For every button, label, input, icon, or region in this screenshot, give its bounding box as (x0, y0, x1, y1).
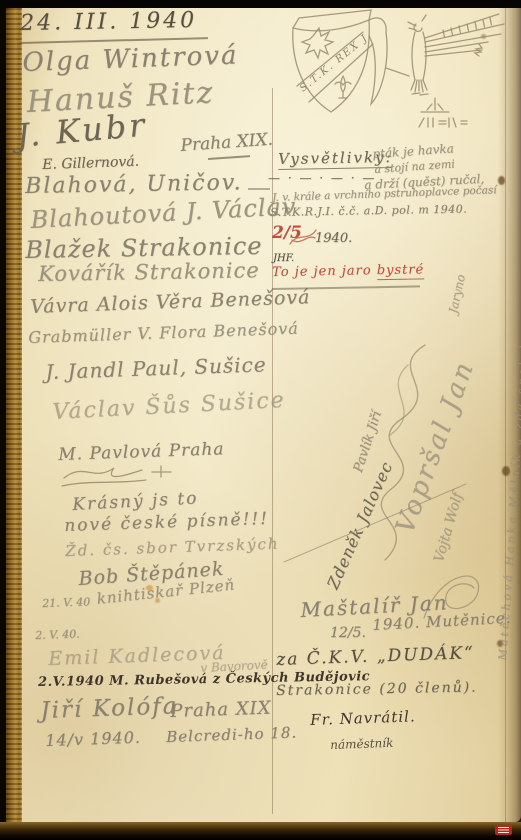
scan-bottom-border (0, 822, 521, 840)
signature-entry: Jiří Kolófa (40, 695, 179, 723)
date-note: 12/5. (330, 626, 366, 640)
red-note-underlined: bystré (377, 262, 425, 280)
address-note: Belcredi-ho 18. (166, 725, 297, 745)
red-logo-mark (495, 825, 512, 835)
date-heading: 24. III. 1940 (20, 10, 197, 35)
dash-dot-line: — · — · — · — (268, 172, 376, 184)
red-logo-lines (498, 827, 509, 833)
scan-left-border (0, 0, 6, 840)
year-note: 1940. (315, 232, 352, 245)
signature-entry: Olga Wintrová (22, 42, 239, 76)
crest-band-text: S.T.K. REX J (298, 32, 371, 94)
crest-and-eagle-sketch: S.T.K. REX J (283, 6, 511, 136)
paper-stain (498, 176, 505, 185)
date-note: 14/v 1940. (45, 730, 141, 749)
red-note: To je jen jaro bystré (272, 263, 424, 279)
ink-title-note: náměstník (330, 737, 394, 751)
club-location-entry: Strakonice (20 členů). (276, 680, 478, 698)
red-scribble (288, 226, 318, 250)
signature-entry: Blahová, Uničov. (25, 172, 243, 198)
initials-note: JHF. (273, 254, 294, 264)
cross-mark (150, 464, 174, 480)
location-entry: Praha XIX (170, 699, 272, 721)
stray-pencil-line (280, 478, 470, 566)
date-note: 21. V. 40 (42, 596, 90, 609)
signature-flourish (58, 456, 153, 492)
scanned-chronicle-page: 24. III. 1940 Olga Wintrová Hanuš Ritz J… (0, 0, 521, 840)
red-note-lead: To je jen jaro (272, 263, 377, 280)
ink-signature: Fr. Navrátil. (310, 709, 416, 728)
stray-line (248, 188, 270, 190)
legend-note: S.T.K.R.J.I. č.č. a.D. pol. m 1940. (270, 204, 467, 218)
signature-entry: Kovářík Strakonice (38, 260, 260, 285)
signature-entry: E. Gillernová. (42, 155, 139, 172)
date-note: 2. V. 40. (35, 628, 80, 641)
